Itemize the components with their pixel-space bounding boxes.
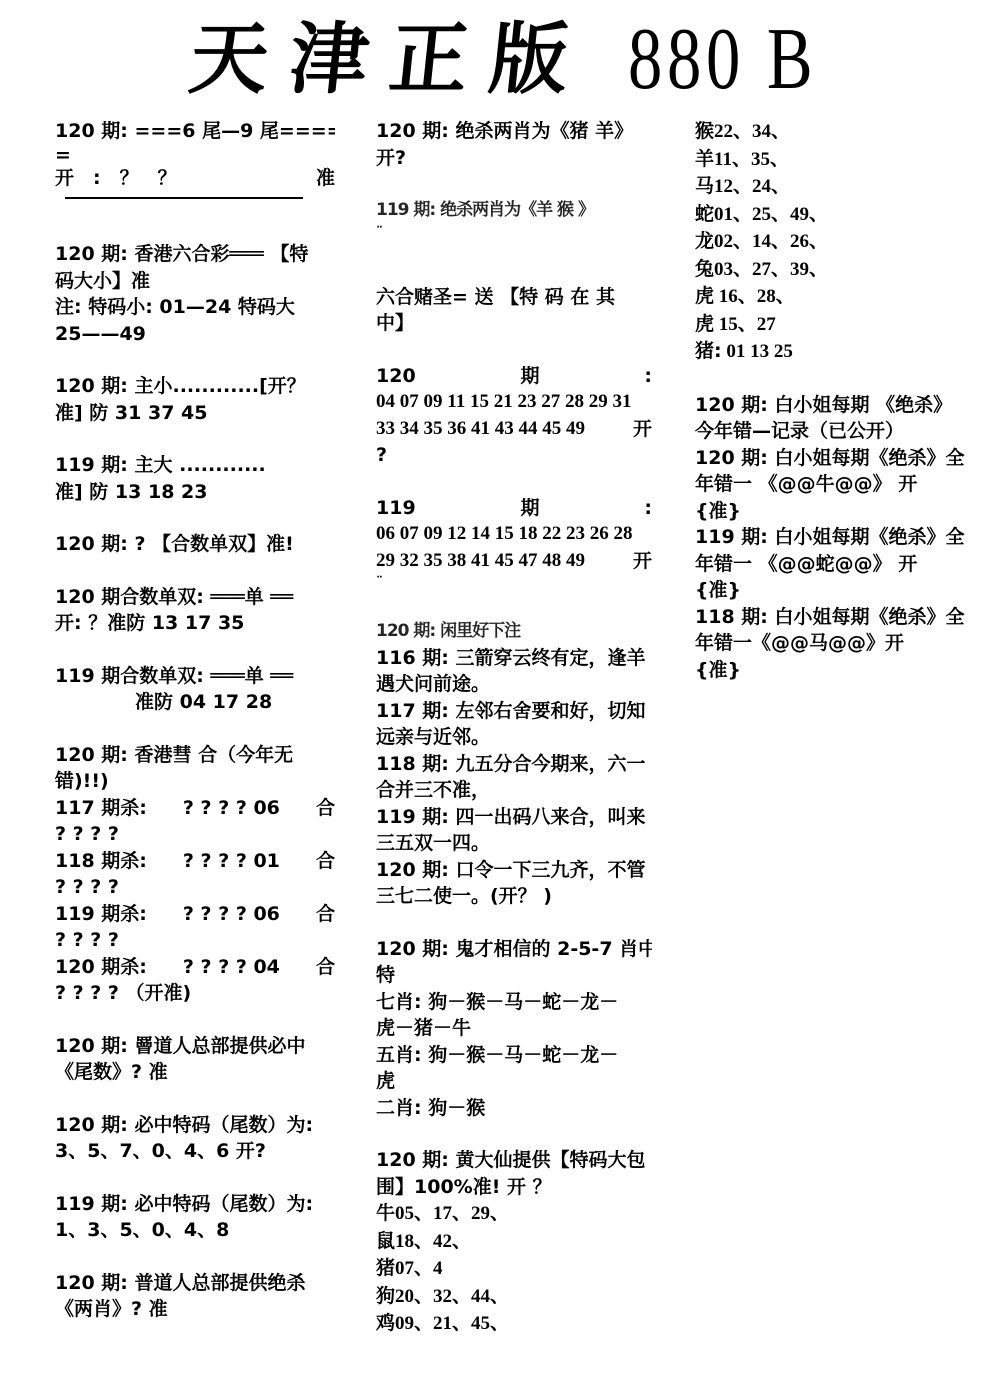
zodiac-label: 鼠 <box>376 1230 395 1252</box>
zodiac-label: 马 <box>695 175 714 197</box>
zodiac-label: 猪: <box>695 340 722 362</box>
zodiac-row: 兔03、27、39、 <box>695 256 977 284</box>
column-left: 120 期: ===6 尾—9 尾==== = 开 : ？ ？ 准 120 期:… <box>55 118 335 1323</box>
kill-value: ? ? ? ? 06 <box>183 901 280 928</box>
text-line: 119 期: 主大 ............ <box>55 452 335 479</box>
zodiac-label: 兔 <box>695 258 714 280</box>
poem-line: 120 期: 口令一下三九齐，不管 <box>376 857 652 884</box>
zodiac-numbers: 05、17、29、 <box>395 1203 509 1224</box>
title-code: 880 B <box>628 16 817 104</box>
text-line: ¨ <box>376 574 652 592</box>
text-line: ¨ <box>376 224 652 242</box>
text-line: 120 期: 香港六合彩═══ 【特 <box>55 241 335 268</box>
zodiac-numbers: 03、27、39、 <box>714 259 828 280</box>
period-number: 119 <box>376 495 416 522</box>
text-line: 119 期: 白小姐每期《绝杀》全 <box>695 524 977 551</box>
zodiac-numbers: 11、35、 <box>714 149 789 170</box>
zodiac-numbers: 01、25、49、 <box>714 204 828 225</box>
hk-kill-block: 120 期: 香港彗 合（今年无 错)!!) 117 期杀: ? ? ? ? 0… <box>55 742 335 1007</box>
text-line: 《尾数》? 准 <box>55 1059 335 1086</box>
zodiac-row: 蛇01、25、49、 <box>695 201 977 229</box>
tail-block: 120 期: ===6 尾—9 尾==== = 开 : ？ ？ 准 <box>55 118 335 199</box>
title-chinese: 天津正版 <box>186 21 594 99</box>
kill-value: ? ? ? ? 01 <box>183 848 280 875</box>
number-list: 06 07 09 12 14 15 18 22 23 26 28 <box>376 521 652 548</box>
zodiac-label: 蛇 <box>695 203 714 225</box>
text-line: 119 期: 必中特码（尾数）为: <box>55 1191 335 1218</box>
poem-line: 合并三不准， <box>376 777 652 804</box>
two-zodiac-block: 120 期: 普道人总部提供绝杀 《两肖》? 准 <box>55 1270 335 1323</box>
kill-label: 120 期杀: <box>55 954 147 981</box>
main-big-block: 119 期: 主大 ............ 准] 防 13 18 23 <box>55 452 335 505</box>
text-line: 120 期: 鬼才相信的 2-5-7 肖中 <box>376 936 652 963</box>
open-label: 开 <box>633 548 652 575</box>
text-line: 六合赌圣= 送 【特 码 在 其 <box>376 284 652 311</box>
period-header: 120 期 : <box>376 363 652 390</box>
text-line: 120 期: 白小姐每期 《绝杀》 <box>695 392 977 419</box>
poem-line: 远亲与近邻。 <box>376 724 652 751</box>
text-line: 120 期: 主小............[开？ <box>55 373 335 400</box>
poem-line: 116 期: 三箭穿云终有定，逢羊 <box>376 645 652 672</box>
kill-row: 118 期杀: ? ? ? ? 01 合 <box>55 848 335 875</box>
kill-label: 117 期杀: <box>55 795 147 822</box>
zodiac-label: 鸡 <box>376 1312 395 1334</box>
zodiac-label: 狗 <box>376 1285 395 1307</box>
numbers-119-block: 119 期 : 06 07 09 12 14 15 18 22 23 26 28… <box>376 495 652 593</box>
colon: : <box>644 363 652 390</box>
page-title: 天津正版 880 B <box>190 10 950 110</box>
zodiac-row: 龙02、14、26、 <box>695 228 977 256</box>
numbers-120-block: 120 期 : 04 07 09 11 15 21 23 27 28 29 31… <box>376 363 652 469</box>
zodiac-numbers: 07、4 <box>395 1258 443 1279</box>
text-line: 120 期: 香港彗 合（今年无 <box>55 742 335 769</box>
text-line: 120 期: 普道人总部提供绝杀 <box>55 1270 335 1297</box>
zodiac-row: 虎 15、27 <box>695 311 977 339</box>
zodiac-label: 龙 <box>695 230 714 252</box>
kill-tail: 合 <box>316 901 335 928</box>
text-line: 开: ？准防 13 17 35 <box>55 610 335 637</box>
text-line: 特 <box>376 962 652 989</box>
text-line: 开? <box>376 145 652 172</box>
poem-line: 118 期: 九五分合今期来，六一 <box>376 751 652 778</box>
zodiac-numbers: 15、27 <box>714 314 776 335</box>
text-line: ? ? ? ? <box>55 927 335 954</box>
tail-hq-block: 120 期: 罾道人总部提供必中 《尾数》? 准 <box>55 1033 335 1086</box>
text-line: 120 期: 必中特码（尾数）为: <box>55 1112 335 1139</box>
zodiac-numbers: 02、14、26、 <box>714 231 828 252</box>
kill-value: ? ? ? ? 06 <box>183 795 280 822</box>
text-line: 错)!!) <box>55 768 335 795</box>
size-block: 120 期: 香港六合彩═══ 【特 码大小】准 注: 特码小: 01—24 特… <box>55 241 335 347</box>
parity-title: 120 期: ? 【合数单双】准! <box>55 531 335 558</box>
zodiac-label: 虎 <box>695 285 714 307</box>
number-list: 33 34 35 36 41 43 44 45 49 开 <box>376 416 652 443</box>
poem-line: 遇犬问前途。 <box>376 671 652 698</box>
zodiac-numbers: 18、42、 <box>395 1231 471 1252</box>
text-line: ? <box>376 442 652 469</box>
period-label: 期 <box>521 363 540 390</box>
zodiac-row: 猴22、34、 <box>695 118 977 146</box>
zodiac-row: 猪07、4 <box>376 1255 652 1283</box>
text-line: 120 期: 黄大仙提供【特码大包 <box>376 1147 652 1174</box>
text-line: 120 期: 白小姐每期《绝杀》全 <box>695 445 977 472</box>
text-line: 《两肖》? 准 <box>55 1296 335 1323</box>
gift-block: 六合赌圣= 送 【特 码 在 其 中】 <box>376 284 652 337</box>
number-list: 29 32 35 38 41 45 47 48 49 开 <box>376 548 652 575</box>
text-line: 二肖: 狗－猴 <box>376 1095 652 1122</box>
poem-title: 120 期: 闲里好下注 <box>376 618 652 645</box>
zodiac-numbers: 16、28、 <box>714 286 795 307</box>
kill-label: 119 期杀: <box>55 901 147 928</box>
text-line: ? ? ? ? <box>55 821 335 848</box>
number-list: 04 07 09 11 15 21 23 27 28 29 31 <box>376 389 652 416</box>
zodiac-row: 狗20、32、44、 <box>376 1283 652 1311</box>
text-line: 120 期: 罾道人总部提供必中 <box>55 1033 335 1060</box>
text-line: 虎 <box>376 1068 652 1095</box>
open-label: 开 : ？ ？ <box>55 165 177 192</box>
zodiac-numbers: 09、21、45、 <box>395 1313 509 1334</box>
column-right: 猴22、34、 羊11、35、 马12、24、 蛇01、25、49、 龙02、1… <box>695 118 977 683</box>
zodiac-label: 虎 <box>695 313 714 335</box>
kill-row: 117 期杀: ? ? ? ? 06 合 <box>55 795 335 822</box>
poem-line: 119 期: 四一出码八来合，叫来 <box>376 804 652 831</box>
kill-119-block: 119 期: 绝杀两肖为《羊 猴 》 ¨ <box>376 197 652 242</box>
text-line: 120 期合数单双: ═══单 ══ <box>55 584 335 611</box>
zodiac-row: 马12、24、 <box>695 173 977 201</box>
text-line: 年错一《@@马@@》开 <box>695 630 977 657</box>
text-line: ? ? ? ? <box>55 874 335 901</box>
text-line: {准} <box>695 577 977 604</box>
text-line: 虎－猪－牛 <box>376 1015 652 1042</box>
text-line: 120 期: ===6 尾—9 尾==== <box>55 118 335 145</box>
text-line: 七肖: 狗－猴－马－蛇－龙－ <box>376 989 652 1016</box>
text-line: 年错一 《@@牛@@》 开 <box>695 471 977 498</box>
tail-119-block: 119 期: 必中特码（尾数）为: 1、3、5、0、4、8 <box>55 1191 335 1244</box>
text-line: ? ? ? ? （开准) <box>55 980 335 1007</box>
kill-value: ? ? ? ? 04 <box>183 954 280 981</box>
parity-119-block: 119 期合数单双: ═══单 ══ 准防 04 17 28 <box>55 663 335 716</box>
text-line: 围】100%准! 开 ？ <box>376 1174 652 1201</box>
zodiac-numbers: 01 13 25 <box>722 341 793 362</box>
text-line: 25——49 <box>55 321 335 348</box>
period-number: 120 <box>376 363 416 390</box>
kill-tail: 合 <box>316 954 335 981</box>
text-line: 中】 <box>376 310 652 337</box>
zodiac-numbers: 22、34、 <box>714 121 790 142</box>
kill-tail: 合 <box>316 848 335 875</box>
text-line: 年错一 《@@蛇@@》 开 <box>695 551 977 578</box>
zodiac-numbers: 20、32、44、 <box>395 1286 509 1307</box>
text-line: = <box>55 145 335 165</box>
text-line: 准] 防 31 37 45 <box>55 400 335 427</box>
period-label: 期 <box>521 495 540 522</box>
poem-line: 117 期: 左邻右舍要和好，切知 <box>376 698 652 725</box>
text-line: 120 期: 绝杀两肖为《猪 羊》 <box>376 118 652 145</box>
poem-block: 120 期: 闲里好下注 116 期: 三箭穿云终有定，逢羊 遇犬问前途。 11… <box>376 618 652 910</box>
bai-block: 120 期: 白小姐每期 《绝杀》 今年错—记录（已公开） 120 期: 白小姐… <box>695 392 977 684</box>
zodiac-label: 牛 <box>376 1202 395 1224</box>
text-line: 准] 防 13 18 23 <box>55 479 335 506</box>
poem-line: 三五双一四。 <box>376 830 652 857</box>
zodiac-row: 猪: 01 13 25 <box>695 338 977 366</box>
numbers: 33 34 35 36 41 43 44 45 49 <box>376 416 585 443</box>
main-small-block: 120 期: 主小............[开？ 准] 防 31 37 45 <box>55 373 335 426</box>
zodiac-label: 羊 <box>695 148 714 170</box>
zodiac-row: 牛05、17、29、 <box>376 1200 652 1228</box>
text-line: 118 期: 白小姐每期《绝杀》全 <box>695 604 977 631</box>
numbers: 29 32 35 38 41 45 47 48 49 <box>376 548 585 575</box>
kill-row: 119 期杀: ? ? ? ? 06 合 <box>55 901 335 928</box>
zodiac-row: 鼠18、42、 <box>376 1228 652 1256</box>
zodiac-row: 羊11、35、 <box>695 146 977 174</box>
tail-120-block: 120 期: 必中特码（尾数）为: 3、5、7、0、4、6 开? <box>55 1112 335 1165</box>
text-line: 五肖: 狗－猴－马－蛇－龙－ <box>376 1042 652 1069</box>
column-middle: 120 期: 绝杀两肖为《猪 羊》 开? 119 期: 绝杀两肖为《羊 猴 》 … <box>376 118 652 1338</box>
zodiac-label: 猪 <box>376 1257 395 1279</box>
zodiac-row: 鸡09、21、45、 <box>376 1310 652 1338</box>
period-header: 119 期 : <box>376 495 652 522</box>
text-line: 119 期合数单双: ═══单 ══ <box>55 663 335 690</box>
kill-row: 120 期杀: ? ? ? ? 04 合 <box>55 954 335 981</box>
parity-120-block: 120 期合数单双: ═══单 ══ 开: ？准防 13 17 35 <box>55 584 335 637</box>
text-line: {准} <box>695 498 977 525</box>
kill-tail: 合 <box>316 795 335 822</box>
huang-continued-block: 猴22、34、 羊11、35、 马12、24、 蛇01、25、49、 龙02、1… <box>695 118 977 366</box>
text-line: 码大小】准 <box>55 268 335 295</box>
text-line: 注: 特码小: 01—24 特码大 <box>55 294 335 321</box>
text-line: 准防 04 17 28 <box>55 689 335 716</box>
zodiac-label: 猴 <box>695 120 714 142</box>
text-line: 今年错—记录（已公开） <box>695 418 977 445</box>
text-line: 119 期: 绝杀两肖为《羊 猴 》 <box>376 197 652 224</box>
colon: : <box>644 495 652 522</box>
text-line: {准} <box>695 657 977 684</box>
text-line: 1、3、5、0、4、8 <box>55 1217 335 1244</box>
zodiac-numbers: 12、24、 <box>714 176 790 197</box>
kill-120-block: 120 期: 绝杀两肖为《猪 羊》 开? <box>376 118 652 171</box>
zodiac-row: 虎 16、28、 <box>695 283 977 311</box>
open-label: 开 <box>633 416 652 443</box>
poem-line: 三七二使一。(开？ ) <box>376 883 652 910</box>
huang-block: 120 期: 黄大仙提供【特码大包 围】100%准! 开 ？ 牛05、17、29… <box>376 1147 652 1338</box>
text-line: 3、5、7、0、4、6 开? <box>55 1138 335 1165</box>
accurate-label: 准 <box>316 165 335 192</box>
text-line: 开 : ？ ？ 准 <box>55 165 335 192</box>
ghost-block: 120 期: 鬼才相信的 2-5-7 肖中 特 七肖: 狗－猴－马－蛇－龙－ 虎… <box>376 936 652 1122</box>
kill-label: 118 期杀: <box>55 848 147 875</box>
